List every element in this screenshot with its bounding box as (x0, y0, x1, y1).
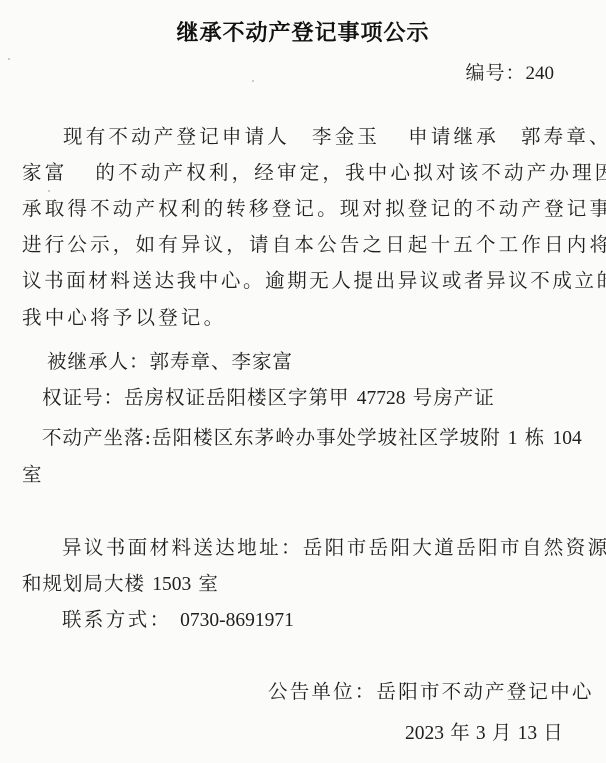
decedent-field: 被继承人：郭寿章、李家富 (47, 350, 293, 374)
issuer-value: 岳阳市不动产登记中心 (377, 680, 594, 703)
document-number: 编号：240 (465, 58, 554, 85)
body-text: 现有不动产登记申请人 (63, 125, 290, 148)
body-line-1: 现有不动产登记申请人李金玉申请继承郭寿章、李 (63, 125, 606, 149)
location-value: 岳阳楼区东茅岭办事处学坡社区学坡附 (152, 426, 501, 449)
issuer-field: 公告单位：岳阳市不动产登记中心 (268, 680, 594, 704)
scan-speck (252, 80, 254, 82)
scan-speck (48, 190, 50, 192)
issuer-label: 公告单位： (268, 680, 377, 703)
date-unit: 日 (543, 721, 563, 744)
applicant-name: 李金玉 (312, 125, 380, 148)
date-month: 3 (476, 723, 486, 744)
date-year: 2023 (405, 723, 444, 744)
location-label: 不动产坐落: (42, 426, 152, 449)
body-line-4: 进行公示，如有异议，请自本公告之日起十五个工作日内将异 (22, 233, 606, 257)
contact-label: 联系方式： (62, 608, 172, 631)
body-text: 申请继承 (408, 125, 499, 148)
date-unit: 年 (450, 721, 470, 744)
decedent-label: 被继承人： (47, 350, 150, 373)
contact-field: 联系方式： 0730-8691971 (62, 608, 294, 633)
body-line-2: 家富的不动产权利，经审定，我中心拟对该不动产办理因继 (22, 161, 606, 185)
objection-address: 异议书面材料送达地址：岳阳市岳阳大道岳阳市自然资源 (62, 536, 606, 560)
body-text: 家富 (22, 161, 67, 184)
objection-address-cont: 和规划局大楼 1503 室 (22, 572, 219, 597)
scan-speck (8, 58, 10, 60)
date-day: 13 (518, 723, 538, 744)
date-unit: 月 (492, 721, 512, 744)
certificate-label: 权证号： (42, 386, 124, 409)
body-text: 的不动产权利，经审定，我中心拟对该不动产办理因继 (95, 161, 606, 184)
location-field: 不动产坐落:岳阳楼区东茅岭办事处学坡社区学坡附 1 栋 104 (42, 426, 582, 451)
body-line-5: 议书面材料送达我中心。逾期无人提出异议或者异议不成立的， (22, 269, 606, 293)
body-line-3: 承取得不动产权利的转移登记。现对拟登记的不动产登记事项 (22, 197, 606, 221)
certificate-value: 岳房权证岳阳楼区字第甲 (124, 386, 350, 409)
location-room: 104 (552, 428, 581, 449)
location-value: 栋 (525, 426, 546, 449)
decedent-value: 郭寿章、李家富 (150, 350, 294, 373)
issue-date: 2023 年 3 月 13 日 (405, 721, 563, 746)
document-title: 继承不动产登记事项公示 (0, 16, 606, 47)
certificate-field: 权证号：岳房权证岳阳楼区字第甲 47728 号房产证 (42, 386, 495, 411)
notice-document: 继承不动产登记事项公示 编号：240 现有不动产登记申请人李金玉申请继承郭寿章、… (0, 0, 606, 763)
document-number-label: 编号： (465, 62, 525, 84)
objection-address-value: 岳阳市岳阳大道岳阳市自然资源 (303, 536, 606, 559)
location-building: 1 (508, 428, 518, 449)
certificate-value: 号房产证 (413, 386, 495, 409)
certificate-number: 47728 (357, 388, 406, 409)
body-line-6: 我中心将予以登记。 (22, 306, 226, 330)
body-text: 郭寿章、李 (521, 125, 606, 148)
objection-address-label: 异议书面材料送达地址： (62, 536, 303, 559)
objection-address-value: 和规划局大楼 (22, 572, 145, 595)
contact-phone: 0730-8691971 (180, 610, 294, 631)
document-number-value: 240 (526, 63, 555, 84)
objection-address-value: 室 (198, 572, 219, 595)
objection-address-room: 1503 (152, 574, 191, 595)
location-field-cont: 室 (22, 463, 45, 487)
